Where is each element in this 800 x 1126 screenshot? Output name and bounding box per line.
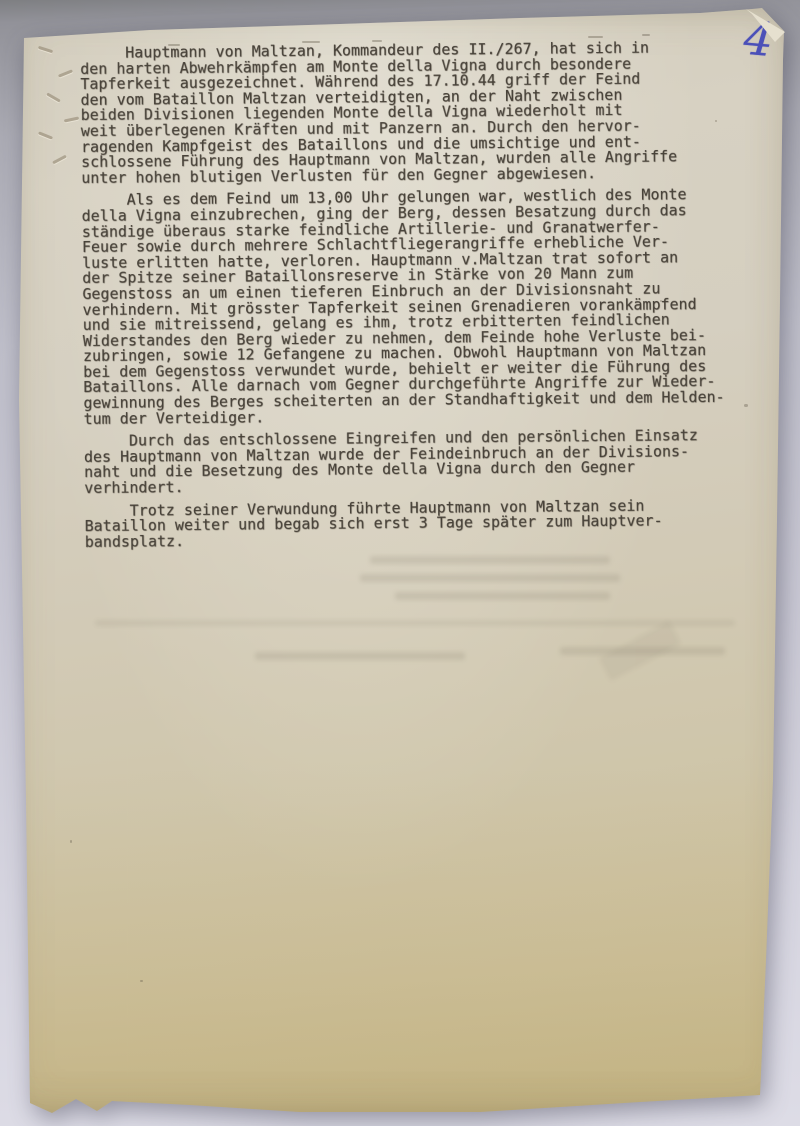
paragraph-1: Hauptmann von Maltzan, Kommandeur des II… — [80, 39, 766, 186]
paragraph-3: Durch das entschlossene Eingreifen und d… — [84, 428, 770, 497]
paper-speck — [140, 980, 143, 982]
paper-speck — [190, 148, 193, 151]
paper-speck — [70, 840, 72, 843]
paper-sheet: Hauptmann von Maltzan, Kommandeur des II… — [0, 0, 800, 1126]
paper-speck — [744, 404, 748, 407]
typewritten-text: Hauptmann von Maltzan, Kommandeur des II… — [80, 39, 770, 557]
handwritten-page-number: 4 — [742, 15, 775, 63]
paper-speck — [715, 120, 717, 122]
paragraph-4: Trotz seiner Verwundung führte Hauptmann… — [84, 497, 769, 550]
paper-speck — [660, 300, 662, 302]
document-page: Hauptmann von Maltzan, Kommandeur des II… — [0, 0, 800, 1126]
photo-backdrop: Hauptmann von Maltzan, Kommandeur des II… — [0, 0, 800, 1126]
paragraph-2: Als es dem Feind um 13,00 Uhr gelungen w… — [81, 187, 768, 427]
